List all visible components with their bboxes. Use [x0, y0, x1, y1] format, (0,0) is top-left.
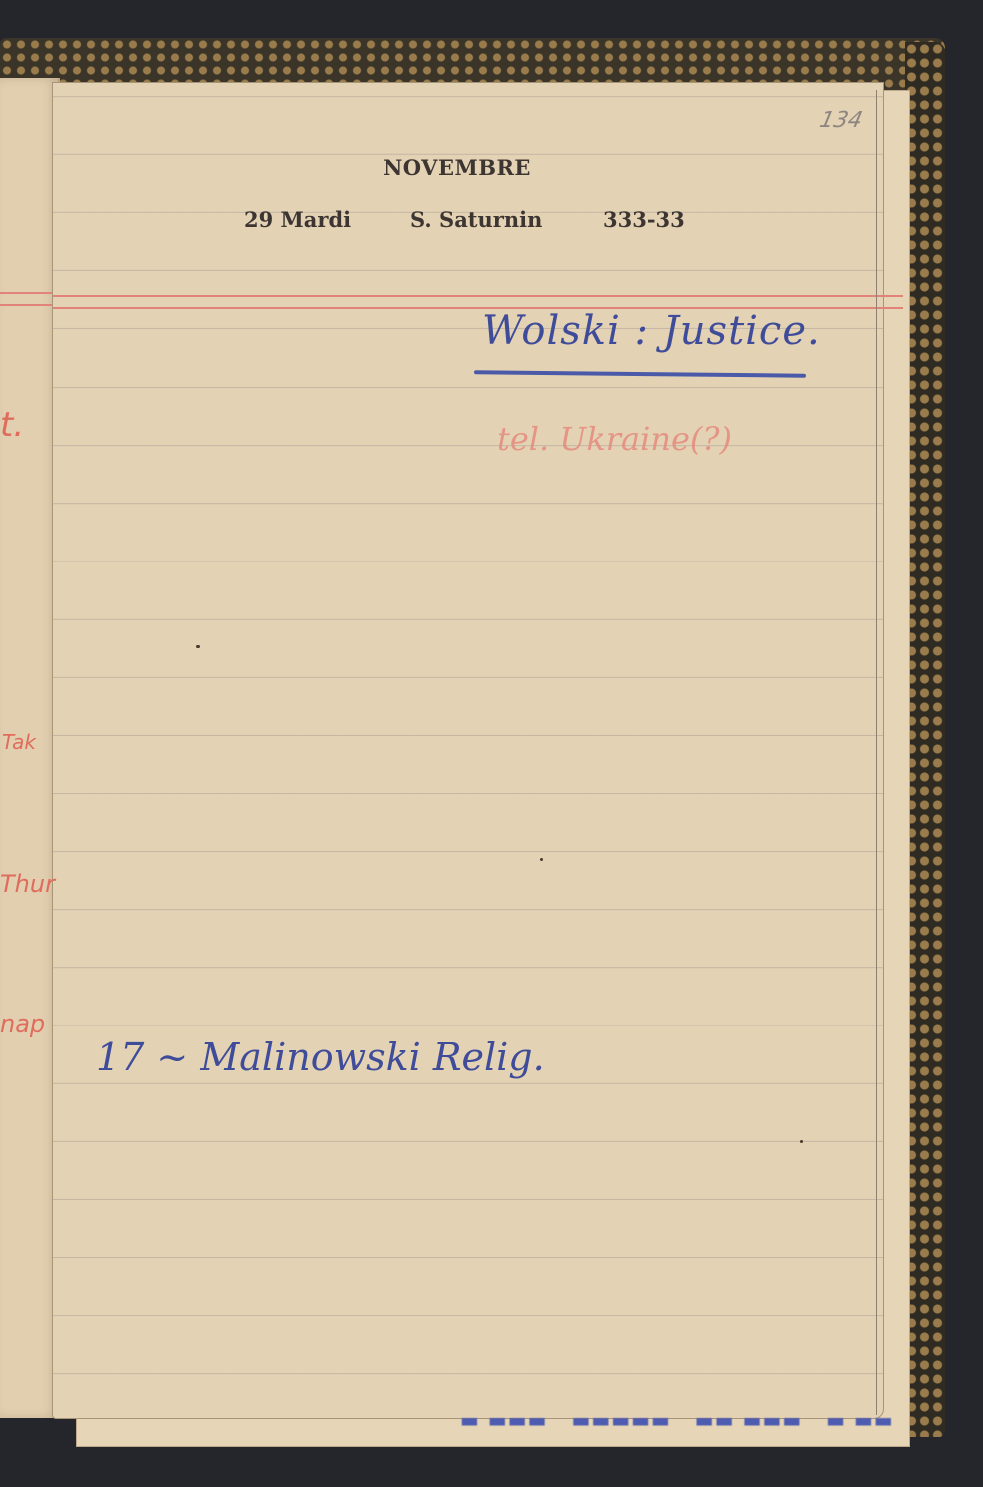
book-cover-right-edge [905, 42, 945, 1437]
left-red-rule-2 [0, 304, 58, 306]
paper-speck [800, 1140, 803, 1143]
left-fragment-2: Tak [2, 730, 36, 754]
left-fragment-3: Thur [0, 870, 55, 898]
page-month-heading: NOVEMBRE [52, 155, 862, 180]
paper-speck [196, 645, 200, 648]
page-saint-label: S. Saturnin [410, 207, 542, 232]
left-fragment-1: t. [0, 405, 24, 445]
handwritten-entry-wolski: Wolski : Justice. [482, 308, 821, 354]
left-red-rule-1 [0, 292, 58, 294]
handwritten-entry-red-pencil: tel. Ukraine(?) [497, 420, 732, 458]
page-day-of-year: 333-33 [603, 207, 685, 232]
page-margin-rule [876, 90, 877, 1415]
paper-speck [540, 858, 543, 861]
left-fragment-4: nap [0, 1010, 45, 1038]
handwritten-entry-malinowski: 17 ~ Malinowski Relig. [96, 1035, 545, 1079]
red-header-rule-top [53, 295, 903, 297]
diary-page [52, 82, 884, 1419]
folio-number: 134 [817, 108, 864, 133]
page-day-label: 29 Mardi [244, 207, 351, 232]
bottom-edge-handwriting: ▬ ▬▬▬ ▬▬▬▬▬ ▬▬ ▬▬▬ ▬ ▬▬ [460, 1408, 894, 1432]
